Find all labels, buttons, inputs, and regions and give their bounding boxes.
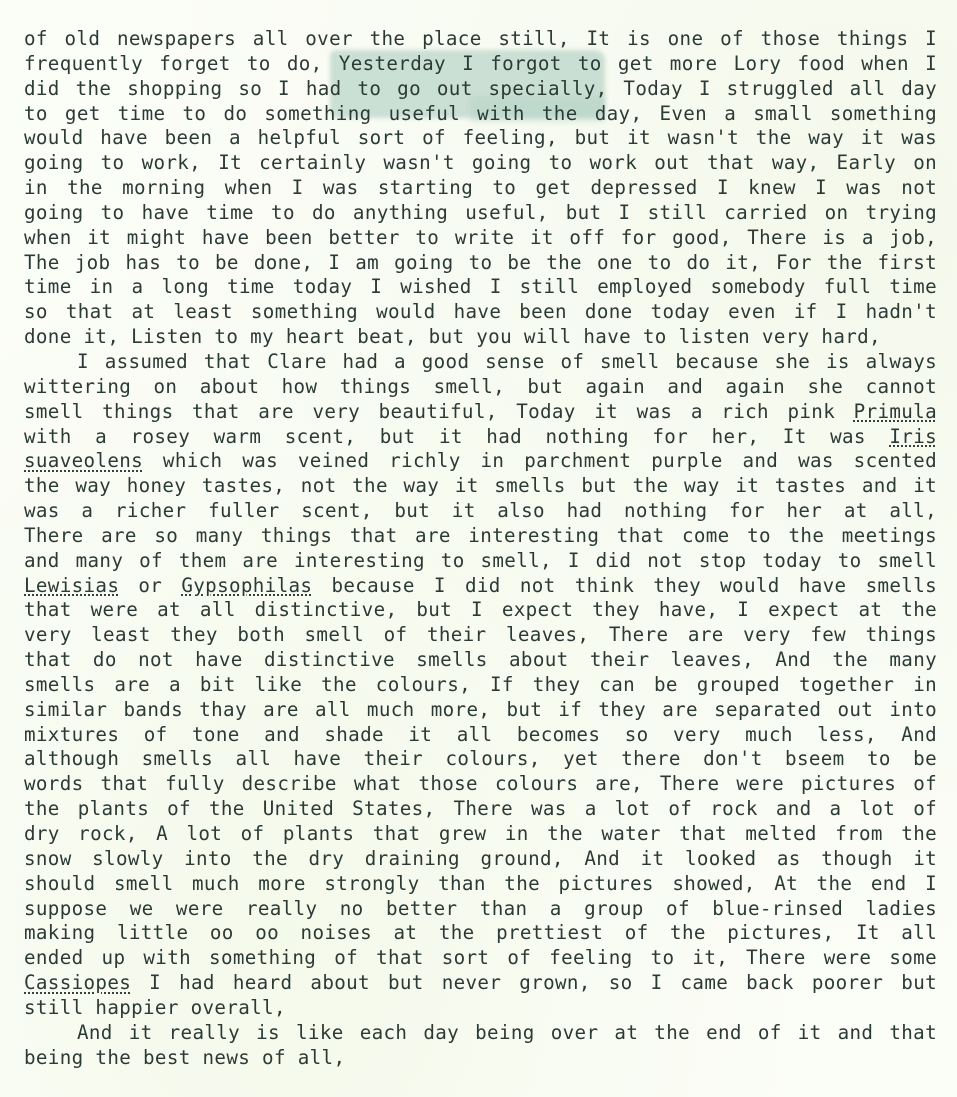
underlined-plant-name: Iris [889, 425, 937, 448]
text-line: and many of them are interesting to smel… [24, 549, 937, 574]
text-line: to get time to do something useful with … [24, 102, 937, 127]
text-line: going to work, It certainly wasn't going… [24, 151, 937, 176]
text-line: the way honey tastes, not the way it sme… [24, 474, 937, 499]
text-line: words that fully describe what those col… [24, 772, 937, 797]
text-line: time in a long time today I wished I sti… [24, 275, 937, 300]
text-line: suaveolens which was veined richly in pa… [24, 449, 937, 474]
text-line: when it might have been better to write … [24, 226, 937, 251]
text-line: wittering on about how things smell, but… [24, 375, 937, 400]
text-line: going to have time to do anything useful… [24, 201, 937, 226]
text-line: suppose we were really no better than a … [24, 897, 937, 922]
text-line: still happier overall, [24, 996, 937, 1021]
text-line: smells are a bit like the colours, If th… [24, 673, 937, 698]
text-line: I assumed that Clare had a good sense of… [24, 350, 937, 375]
underlined-plant-name: suaveolens [24, 449, 143, 472]
underlined-plant-name: Primula [854, 400, 937, 423]
paragraph: of old newspapers all over the place sti… [24, 27, 937, 350]
document-body: of old newspapers all over the place sti… [24, 27, 937, 1070]
text-line: And it really is like each day being ove… [24, 1021, 937, 1046]
text-line: The job has to be done, I am going to be… [24, 251, 937, 276]
text-line: snow slowly into the dry draining ground… [24, 847, 937, 872]
scanned-page: of old newspapers all over the place sti… [0, 0, 957, 1097]
text-line: There are so many things that are intere… [24, 524, 937, 549]
paragraph: And it really is like each day being ove… [24, 1021, 937, 1071]
text-line: that were at all distinctive, but I expe… [24, 598, 937, 623]
underlined-plant-name: Gypsophilas [181, 574, 312, 597]
text-line: although smells all have their colours, … [24, 747, 937, 772]
text-line: dry rock, A lot of plants that grew in t… [24, 822, 937, 847]
text-line: frequently forget to do, Yesterday I for… [24, 52, 937, 77]
text-line: Lewisias or Gypsophilas because I did no… [24, 574, 937, 599]
text-line: would have been a helpful sort of feelin… [24, 126, 937, 151]
text-line: did the shopping so I had to go out spec… [24, 77, 937, 102]
text-line: so that at least something would have be… [24, 300, 937, 325]
text-line: the plants of the United States, There w… [24, 797, 937, 822]
text-line: of old newspapers all over the place sti… [24, 27, 937, 52]
paragraph: I assumed that Clare had a good sense of… [24, 350, 937, 1021]
text-line: similar bands thay are all much more, bu… [24, 698, 937, 723]
text-line: Cassiopes I had heard about but never gr… [24, 971, 937, 996]
text-line: very least they both smell of their leav… [24, 623, 937, 648]
text-line: smell things that are very beautiful, To… [24, 400, 937, 425]
underlined-plant-name: Cassiopes [24, 971, 131, 994]
text-line: was a richer fuller scent, but it also h… [24, 499, 937, 524]
text-line: should smell much more strongly than the… [24, 872, 937, 897]
text-line: being the best news of all, [24, 1046, 937, 1071]
text-line: mixtures of tone and shade it all become… [24, 723, 937, 748]
text-line: that do not have distinctive smells abou… [24, 648, 937, 673]
text-line: done it, Listen to my heart beat, but yo… [24, 325, 937, 350]
text-line: ended up with something of that sort of … [24, 946, 937, 971]
underlined-plant-name: Lewisias [24, 574, 119, 597]
text-line: with a rosey warm scent, but it had noth… [24, 425, 937, 450]
text-line: in the morning when I was starting to ge… [24, 176, 937, 201]
text-line: making little oo oo noises at the pretti… [24, 921, 937, 946]
